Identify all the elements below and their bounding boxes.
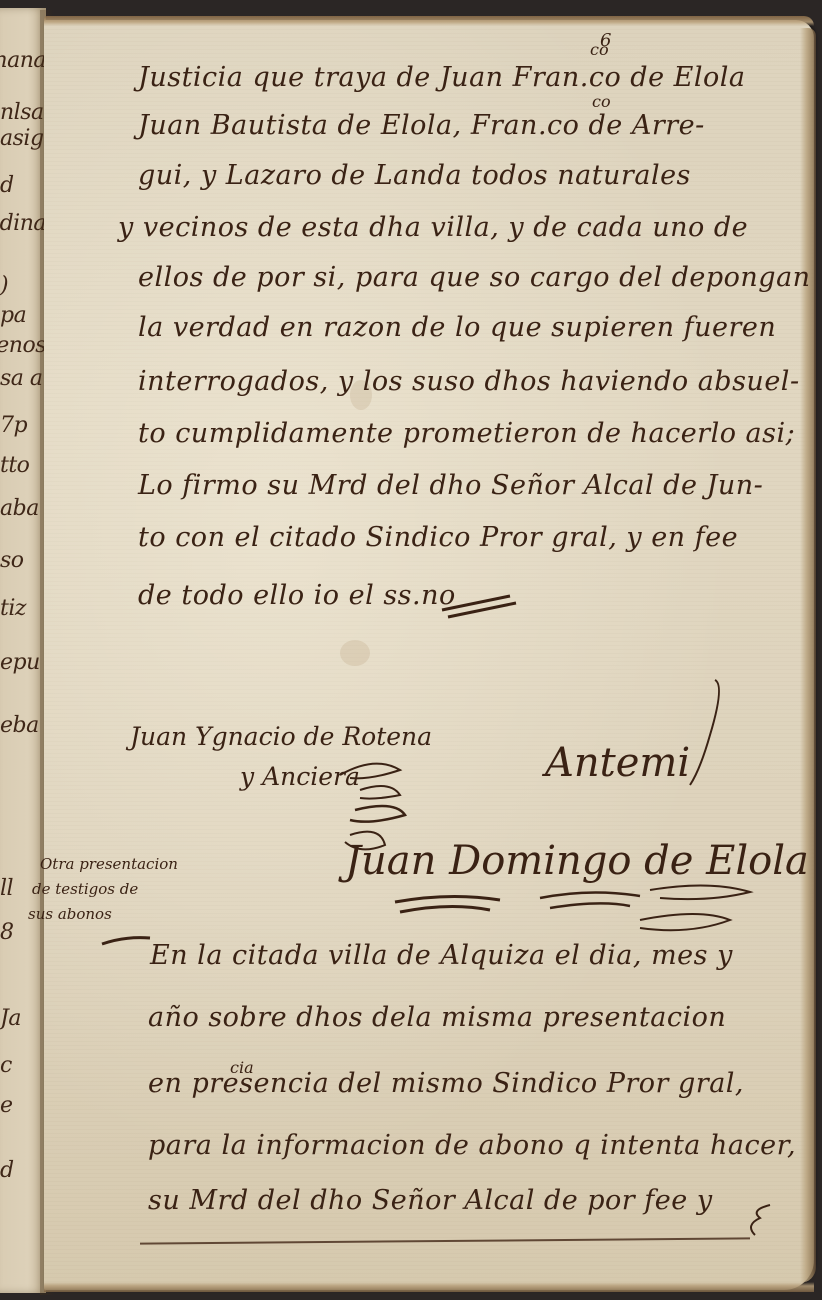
signature-rotena-line2: y Anciera	[240, 762, 360, 791]
manuscript-line: ellos de por si, para que so cargo del d…	[138, 262, 811, 293]
manuscript-scene: nana nlsa asig d dina ( pa lenos sa a 7p…	[0, 0, 822, 1300]
superscript-abbrev: co	[592, 92, 611, 111]
manuscript-line: Lo firmo su Mrd del dho Señor Alcal de J…	[138, 470, 763, 501]
manuscript-line: En la citada villa de Alquiza el dia, me…	[150, 940, 733, 971]
signature-juan-domingo-elola: Juan Domingo de Elola	[345, 838, 809, 884]
manuscript-line: la verdad en razon de lo que supieren fu…	[138, 312, 776, 343]
signature-rotena: Juan Ygnacio de Rotena	[130, 722, 432, 751]
manuscript-line: Juan Bautista de Elola, Fran.co de Arre-	[138, 110, 705, 141]
superscript-abbrev: co	[590, 40, 609, 59]
paper-stain	[340, 640, 370, 666]
manuscript-line: y vecinos de esta dha villa, y de cada u…	[118, 212, 748, 243]
signature-antemi: Antemi	[545, 740, 690, 786]
manuscript-line: su Mrd del dho Señor Alcal de por fee y	[148, 1185, 713, 1216]
manuscript-line: para la informacion de abono q intenta h…	[148, 1130, 796, 1161]
manuscript-line: año sobre dhos dela misma presentacion	[148, 1002, 726, 1033]
superscript-abbrev: cia	[230, 1058, 254, 1077]
manuscript-line: Justicia que traya de Juan Fran.co de El…	[138, 62, 745, 93]
margin-note-line: Otra presentacion	[40, 855, 178, 873]
page-right-edge	[800, 28, 816, 1283]
manuscript-line: to con el citado Sindico Pror gral, y en…	[138, 522, 738, 553]
manuscript-line: to cumplidamente prometieron de hacerlo …	[138, 418, 795, 449]
page-bottom-edge	[44, 1282, 814, 1292]
manuscript-line: interrogados, y los suso dhos haviendo a…	[138, 366, 800, 397]
page-top-edge	[44, 16, 814, 26]
margin-note-line: de testigos de	[32, 880, 138, 898]
manuscript-page	[44, 20, 814, 1290]
manuscript-line: gui, y Lazaro de Landa todos naturales	[138, 160, 691, 191]
manuscript-line: de todo ello io el ss.no	[138, 580, 456, 611]
margin-note-line: sus abonos	[28, 905, 112, 923]
